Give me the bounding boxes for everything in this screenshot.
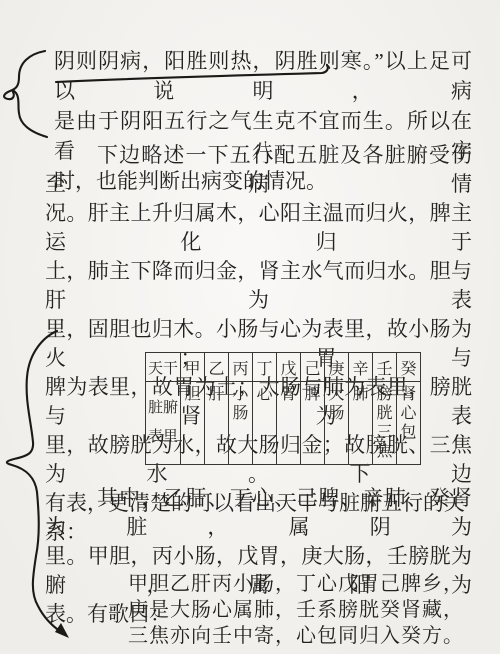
stems-organs-table: 天干 甲 乙 丙 丁 戊 己 庚 辛 壬 癸 脏腑表里 胆 肝 小肠 心 胃 脾… [145, 352, 421, 465]
table-header-organs: 脏腑表里 [146, 382, 181, 465]
organ-cell: 小肠 [229, 382, 253, 465]
stem-cell: 乙 [205, 353, 229, 382]
text-line: 阴则阴病，阳胜则热，阴胜则寒。”以上足可以说明，病 [54, 46, 472, 106]
margin-brace [4, 51, 47, 137]
table-row-stems: 天干 甲 乙 丙 丁 戊 己 庚 辛 壬 癸 [146, 353, 421, 382]
text-line: 况。肝主上升归属木，心阳主温而归火，脾主运化归于 [45, 199, 472, 257]
organ-cell: 胃 [277, 382, 301, 465]
mnemonic-verse: 甲胆乙肝丙小肠，丁心戊胃己脾乡， 庚是大肠心属肺，壬系膀胱癸肾藏， 三焦亦向壬中… [128, 571, 464, 649]
organ-cell: 膀胱三焦 [373, 382, 397, 465]
stem-cell: 癸 [397, 353, 421, 382]
organ-cell: 脾 [301, 382, 325, 465]
table-header-stems: 天干 [146, 353, 181, 382]
text-line: 土，肺主下降而归金，肾主水气而归水。胆与肝为表 [45, 257, 472, 315]
organ-cell: 大肠 [325, 382, 349, 465]
verse-line: 庚是大肠心属肺，壬系膀胱癸肾藏， [128, 597, 464, 623]
stem-cell: 庚 [325, 353, 349, 382]
text-line: 下边略述一下五行配五脏及各脏腑受伤至病情 [45, 141, 472, 199]
stem-cell: 甲 [181, 353, 205, 382]
stem-cell: 己 [301, 353, 325, 382]
table-row-organs: 脏腑表里 胆 肝 小肠 心 胃 脾 大肠 肺 膀胱三焦 肾心包 [146, 382, 421, 465]
stem-cell: 丁 [253, 353, 277, 382]
organ-cell: 胆 [181, 382, 205, 465]
organ-cell: 心 [253, 382, 277, 465]
stem-cell: 辛 [349, 353, 373, 382]
text-line: 其中，乙肝、丁心、己脾、辛肺、癸肾为脏，属阴为 [45, 484, 472, 542]
stem-cell: 丙 [229, 353, 253, 382]
stem-cell: 壬 [373, 353, 397, 382]
verse-line: 甲胆乙肝丙小肠，丁心戊胃己脾乡， [128, 571, 464, 597]
stem-cell: 戊 [277, 353, 301, 382]
organ-cell: 肺 [349, 382, 373, 465]
organ-cell: 肝 [205, 382, 229, 465]
organ-cell: 肾心包 [397, 382, 421, 465]
verse-line: 三焦亦向壬中寄，心包同归入癸方。 [128, 623, 464, 649]
scanned-book-page: 阴则阴病，阳胜则热，阴胜则寒。”以上足可以说明，病 是由于阴阳五行之气生克不宜而… [0, 0, 500, 654]
